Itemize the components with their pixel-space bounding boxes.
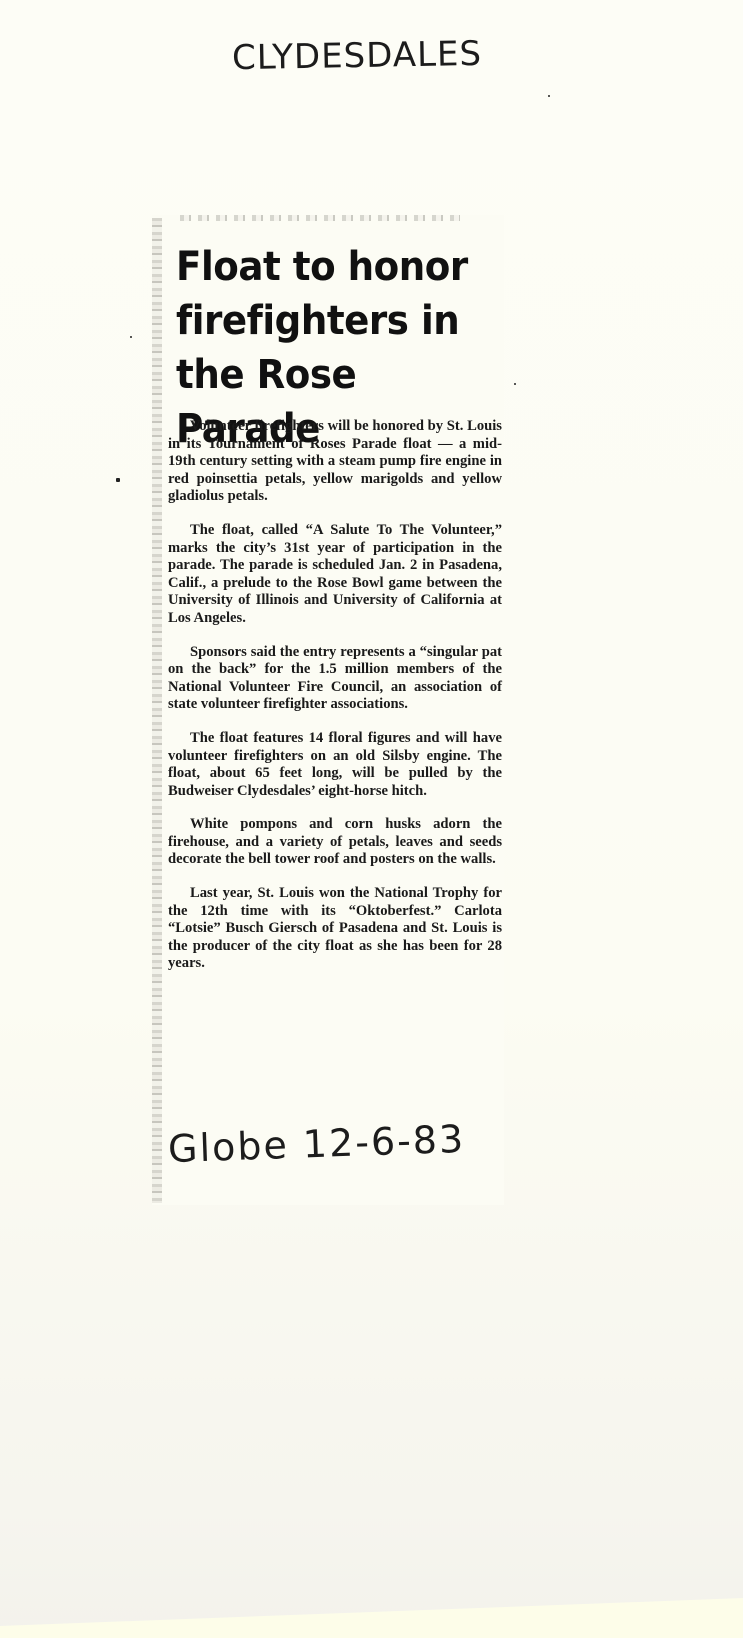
- handwritten-label-top: CLYDESDALES: [232, 34, 483, 78]
- headline-line: Float to honor: [176, 244, 468, 290]
- clipping-top-edge: [180, 215, 460, 221]
- article-paragraph: The float, called “A Salute To The Volun…: [168, 522, 502, 628]
- scan-speck: [548, 95, 550, 97]
- headline-line: firefighters in: [176, 298, 459, 344]
- article-paragraph: Sponsors said the entry represents a “si…: [168, 644, 502, 714]
- article-body: Volunteer firefighters will be honored b…: [168, 418, 502, 989]
- article-paragraph: Last year, St. Louis won the National Tr…: [168, 885, 502, 973]
- article-paragraph: The float features 14 floral figures and…: [168, 730, 502, 800]
- scan-speck: [130, 336, 132, 338]
- page-bottom-edge: [0, 1598, 743, 1638]
- clipping-torn-edge: [152, 218, 162, 1203]
- article-paragraph: Volunteer firefighters will be honored b…: [168, 418, 502, 506]
- scan-speck: [116, 478, 120, 482]
- article-paragraph: White pompons and corn husks adorn the f…: [168, 816, 502, 869]
- scan-speck: [514, 383, 516, 385]
